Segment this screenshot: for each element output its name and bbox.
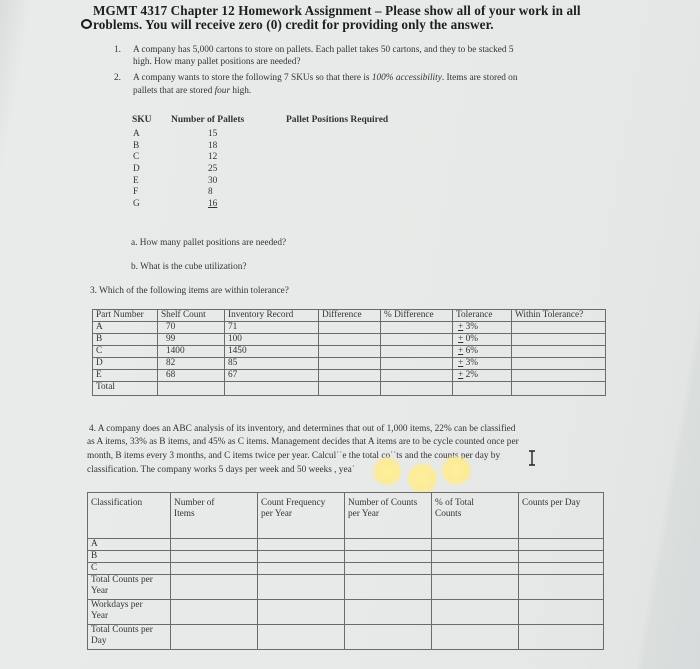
empty-cell xyxy=(519,563,604,575)
empty-cell xyxy=(171,600,258,625)
q4-text-line2: as A items, 33% as B items, and 45% as C… xyxy=(87,437,519,447)
q4-text-line4: classification. The company works 5 days… xyxy=(87,465,355,475)
tolerance-cell: + 3% xyxy=(453,322,512,334)
row-label-cell: A xyxy=(88,539,171,551)
plus-minus-sign: + xyxy=(458,334,463,344)
empty-cell xyxy=(453,382,512,396)
table-row: E6867+ 2% xyxy=(93,370,606,382)
q2-number: 2. xyxy=(114,73,121,83)
row-label-cell: Total Counts per Year xyxy=(88,575,171,600)
table-header-row: Part Number Shelf Count Inventory Record… xyxy=(93,310,606,322)
within-tolerance-cell xyxy=(512,334,606,346)
sku-cell: D xyxy=(133,164,140,176)
header-percent-difference: % Difference xyxy=(381,310,453,322)
empty-cell xyxy=(171,575,258,600)
document-title-line2: roblems. You will receive zero (0) credi… xyxy=(93,17,494,33)
empty-cell xyxy=(345,600,432,625)
empty-cell xyxy=(519,575,604,600)
empty-cell xyxy=(158,382,225,396)
q2-text-line2: pallets that are stored four high. xyxy=(133,86,251,96)
tolerance-table: Part Number Shelf Count Inventory Record… xyxy=(92,309,606,396)
q3-prompt: 3. Which of the following items are with… xyxy=(90,286,289,296)
table-row: B99100+ 0% xyxy=(93,334,606,346)
shelf-count-cell: 82 xyxy=(158,358,225,370)
empty-cell xyxy=(171,539,258,551)
touch-highlight xyxy=(440,455,472,485)
header-text: % of Total Counts xyxy=(435,498,493,520)
pallets-cell: 18 xyxy=(208,141,217,153)
empty-cell xyxy=(258,551,345,563)
q1-text-line2: high. How many pallet positions are need… xyxy=(133,57,301,67)
header-difference: Difference xyxy=(319,310,381,322)
sku-cell: E xyxy=(133,176,140,188)
touch-highlight xyxy=(372,456,402,486)
row-label-cell: B xyxy=(88,551,171,563)
q2-sub-b: b. What is the cube utilization? xyxy=(131,262,247,272)
empty-cell xyxy=(171,625,258,650)
within-tolerance-cell xyxy=(512,370,606,382)
homework-document: MGMT 4317 Chapter 12 Homework Assignment… xyxy=(0,0,700,669)
tolerance-cell: + 6% xyxy=(453,346,512,358)
empty-cell xyxy=(432,551,519,563)
table-row: A7071+ 3% xyxy=(93,322,606,334)
q2-text-part: high. xyxy=(230,86,251,96)
empty-cell xyxy=(345,539,432,551)
pallets-header: Number of Pallets xyxy=(171,115,244,125)
text-cursor-icon xyxy=(528,450,536,466)
q4-text-line1: 4. A company does an ABC analysis of its… xyxy=(89,424,515,434)
shelf-count-cell: 68 xyxy=(158,370,225,382)
tolerance-cell: + 0% xyxy=(453,334,512,346)
part-number-cell: C xyxy=(93,346,158,358)
row-label-text: Workdays per Year xyxy=(91,600,153,622)
empty-cell xyxy=(432,539,519,551)
plus-minus-sign: + xyxy=(458,358,463,368)
sku-header: SKU xyxy=(132,115,152,125)
difference-cell xyxy=(319,346,381,358)
row-label-cell: Total Counts per Day xyxy=(88,625,171,650)
shelf-count-cell: 99 xyxy=(158,334,225,346)
pallets-cell: 30 xyxy=(208,176,217,188)
q4-text-line3: month, B items every 3 months, and C ite… xyxy=(87,451,500,461)
header-percent-total-counts: % of Total Counts xyxy=(432,493,519,539)
empty-cell xyxy=(519,625,604,650)
table-row: C14001450+ 6% xyxy=(93,346,606,358)
header-part-number: Part Number xyxy=(93,310,158,322)
empty-cell xyxy=(381,382,453,396)
empty-cell xyxy=(432,575,519,600)
inventory-record-cell: 67 xyxy=(225,370,319,382)
difference-cell xyxy=(319,334,381,346)
table-row: A xyxy=(88,539,604,551)
pallets-cell: 12 xyxy=(208,152,217,164)
percent-difference-cell xyxy=(381,358,453,370)
empty-cell xyxy=(519,539,604,551)
difference-cell xyxy=(319,370,381,382)
total-label-cell: Total xyxy=(93,382,158,396)
inventory-record-cell: 71 xyxy=(225,322,319,334)
header-tolerance: Tolerance xyxy=(453,310,512,322)
shelf-count-cell: 1400 xyxy=(158,346,225,358)
inventory-record-cell: 85 xyxy=(225,358,319,370)
header-counts-per-day: Counts per Day xyxy=(519,493,604,539)
empty-cell xyxy=(519,551,604,563)
sku-cell: G xyxy=(133,199,140,211)
q1-number: 1. xyxy=(114,45,121,55)
empty-cell xyxy=(171,563,258,575)
table-row: Workdays per Year xyxy=(88,600,604,625)
total-row: Total xyxy=(93,382,606,396)
header-text: Count Frequency per Year xyxy=(261,498,329,520)
header-shelf-count: Shelf Count xyxy=(158,310,225,322)
percent-difference-cell xyxy=(381,334,453,346)
header-inventory-record: Inventory Record xyxy=(225,310,319,322)
part-number-cell: D xyxy=(93,358,158,370)
touch-highlight xyxy=(407,461,437,495)
positions-header: Pallet Positions Required xyxy=(286,115,388,125)
empty-cell xyxy=(432,625,519,650)
table-row: D8285+ 3% xyxy=(93,358,606,370)
empty-cell xyxy=(171,551,258,563)
table-row: C xyxy=(88,563,604,575)
header-within-tolerance: Within Tolerance? xyxy=(512,310,606,322)
q2-text-line1: A company wants to store the following 7… xyxy=(133,73,517,83)
header-classification: Classification xyxy=(88,493,171,539)
pallets-cell: 25 xyxy=(208,164,217,176)
plus-minus-sign: + xyxy=(458,322,463,332)
sku-cell: B xyxy=(133,141,140,153)
within-tolerance-cell xyxy=(512,358,606,370)
percent-difference-cell xyxy=(381,346,453,358)
difference-cell xyxy=(319,358,381,370)
pallets-column: 1518122530816 xyxy=(208,129,217,211)
empty-cell xyxy=(345,575,432,600)
empty-cell xyxy=(432,563,519,575)
q2-text-part: . Items are stored on xyxy=(442,73,518,83)
empty-cell xyxy=(225,382,319,396)
within-tolerance-cell xyxy=(512,322,606,334)
pallets-cell: 8 xyxy=(208,187,217,199)
shelf-count-cell: 70 xyxy=(158,322,225,334)
sku-cell: F xyxy=(133,187,140,199)
empty-cell xyxy=(258,600,345,625)
plus-minus-sign: + xyxy=(458,346,463,356)
within-tolerance-cell xyxy=(512,346,606,358)
header-number-of-items: Number of Items xyxy=(171,493,258,539)
tolerance-cell: + 2% xyxy=(453,370,512,382)
header-text: Number of Items xyxy=(174,498,232,520)
empty-cell xyxy=(258,563,345,575)
tolerance-cell: + 3% xyxy=(453,358,512,370)
row-label-text: Total Counts per Year xyxy=(91,575,153,597)
part-number-cell: A xyxy=(93,322,158,334)
q2-sub-a: a. How many pallet positions are needed? xyxy=(131,238,286,248)
part-number-cell: E xyxy=(93,370,158,382)
header-counts-per-year: Number of Counts per Year xyxy=(345,493,432,539)
empty-cell xyxy=(345,625,432,650)
empty-cell xyxy=(432,600,519,625)
header-count-frequency: Count Frequency per Year xyxy=(258,493,345,539)
sku-column: ABCDEFG xyxy=(133,129,140,211)
q2-text-part: pallets that are stored xyxy=(133,86,215,96)
q2-emphasis-accessibility: 100% accessibility xyxy=(372,73,442,83)
empty-cell xyxy=(512,382,606,396)
empty-cell xyxy=(345,551,432,563)
header-text: Number of Counts per Year xyxy=(348,498,426,520)
circled-letter-mark xyxy=(81,19,92,29)
table-header-row: Classification Number of Items Count Fre… xyxy=(88,493,604,539)
percent-difference-cell xyxy=(381,370,453,382)
table-row: B xyxy=(88,551,604,563)
percent-difference-cell xyxy=(381,322,453,334)
sku-cell: A xyxy=(133,129,140,141)
abc-classification-table: Classification Number of Items Count Fre… xyxy=(87,492,604,650)
part-number-cell: B xyxy=(93,334,158,346)
empty-cell xyxy=(258,575,345,600)
empty-cell xyxy=(319,382,381,396)
empty-cell xyxy=(519,600,604,625)
inventory-record-cell: 1450 xyxy=(225,346,319,358)
table-row: Total Counts per Day xyxy=(88,625,604,650)
q2-emphasis-four: four xyxy=(215,86,231,96)
empty-cell xyxy=(258,539,345,551)
empty-cell xyxy=(345,563,432,575)
sku-cell: C xyxy=(133,152,140,164)
pallets-cell: 15 xyxy=(208,129,217,141)
q1-text-line1: A company has 5,000 cartons to store on … xyxy=(133,45,514,55)
table-row: Total Counts per Year xyxy=(88,575,604,600)
inventory-record-cell: 100 xyxy=(225,334,319,346)
row-label-cell: C xyxy=(88,563,171,575)
pallets-cell: 16 xyxy=(208,199,217,211)
difference-cell xyxy=(319,322,381,334)
row-label-cell: Workdays per Year xyxy=(88,600,171,625)
plus-minus-sign: + xyxy=(458,370,463,380)
q2-text-part: A company wants to store the following 7… xyxy=(133,73,372,83)
empty-cell xyxy=(258,625,345,650)
row-label-text: Total Counts per Day xyxy=(91,625,153,647)
